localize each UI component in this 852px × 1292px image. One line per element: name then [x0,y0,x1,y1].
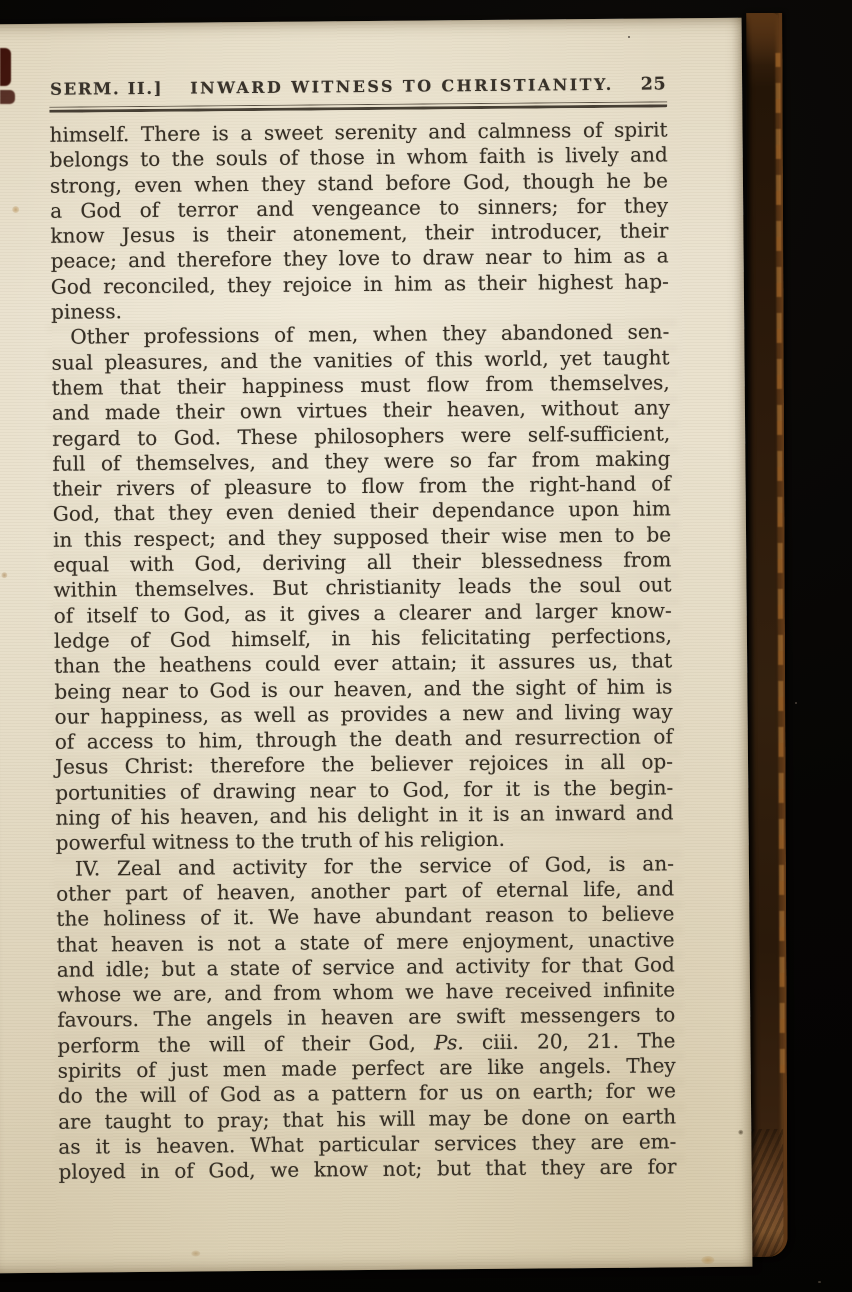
paragraph: Other professions of men, when they aban… [51,320,674,857]
paper-stain [738,1130,743,1135]
running-header: SERM. II.] INWARD WITNESS TO CHRISTIANIT… [49,74,667,99]
scan-background: { "document": { "header": { "section": "… [0,0,852,1292]
header-title: INWARD WITNESS TO CHRISTIANITY. [190,75,614,98]
paper-stain [12,206,19,213]
fore-edge-rust-highlight [775,53,784,1073]
book-fore-edge [746,13,787,1257]
dust-speck [795,702,797,704]
page-content: SERM. II.] INWARD WITNESS TO CHRISTIANIT… [49,74,677,1185]
text-line: ployed in of God, we know not; but that … [58,1155,676,1186]
fore-edge-top-tip [746,13,778,65]
paragraph: IV. Zeal and activity for the service of… [56,851,677,1185]
header-rule [49,101,667,112]
paper-stain [1,572,7,578]
header-section-label: SERM. II.] [50,79,163,99]
cover-fragment [0,90,15,104]
paragraph: himself. There is a sweet serenity and c… [49,117,669,325]
leather-corner [751,1129,784,1257]
dust-speck [818,1281,821,1283]
paper-stain [191,1250,200,1256]
book-page: SERM. II.] INWARD WITNESS TO CHRISTIANIT… [0,18,752,1274]
dust-speck [628,36,630,38]
body-text: himself. There is a sweet serenity and c… [49,117,676,1185]
cover-fragment [0,48,11,86]
paper-stain [701,1256,714,1264]
header-page-number: 25 [641,74,667,94]
